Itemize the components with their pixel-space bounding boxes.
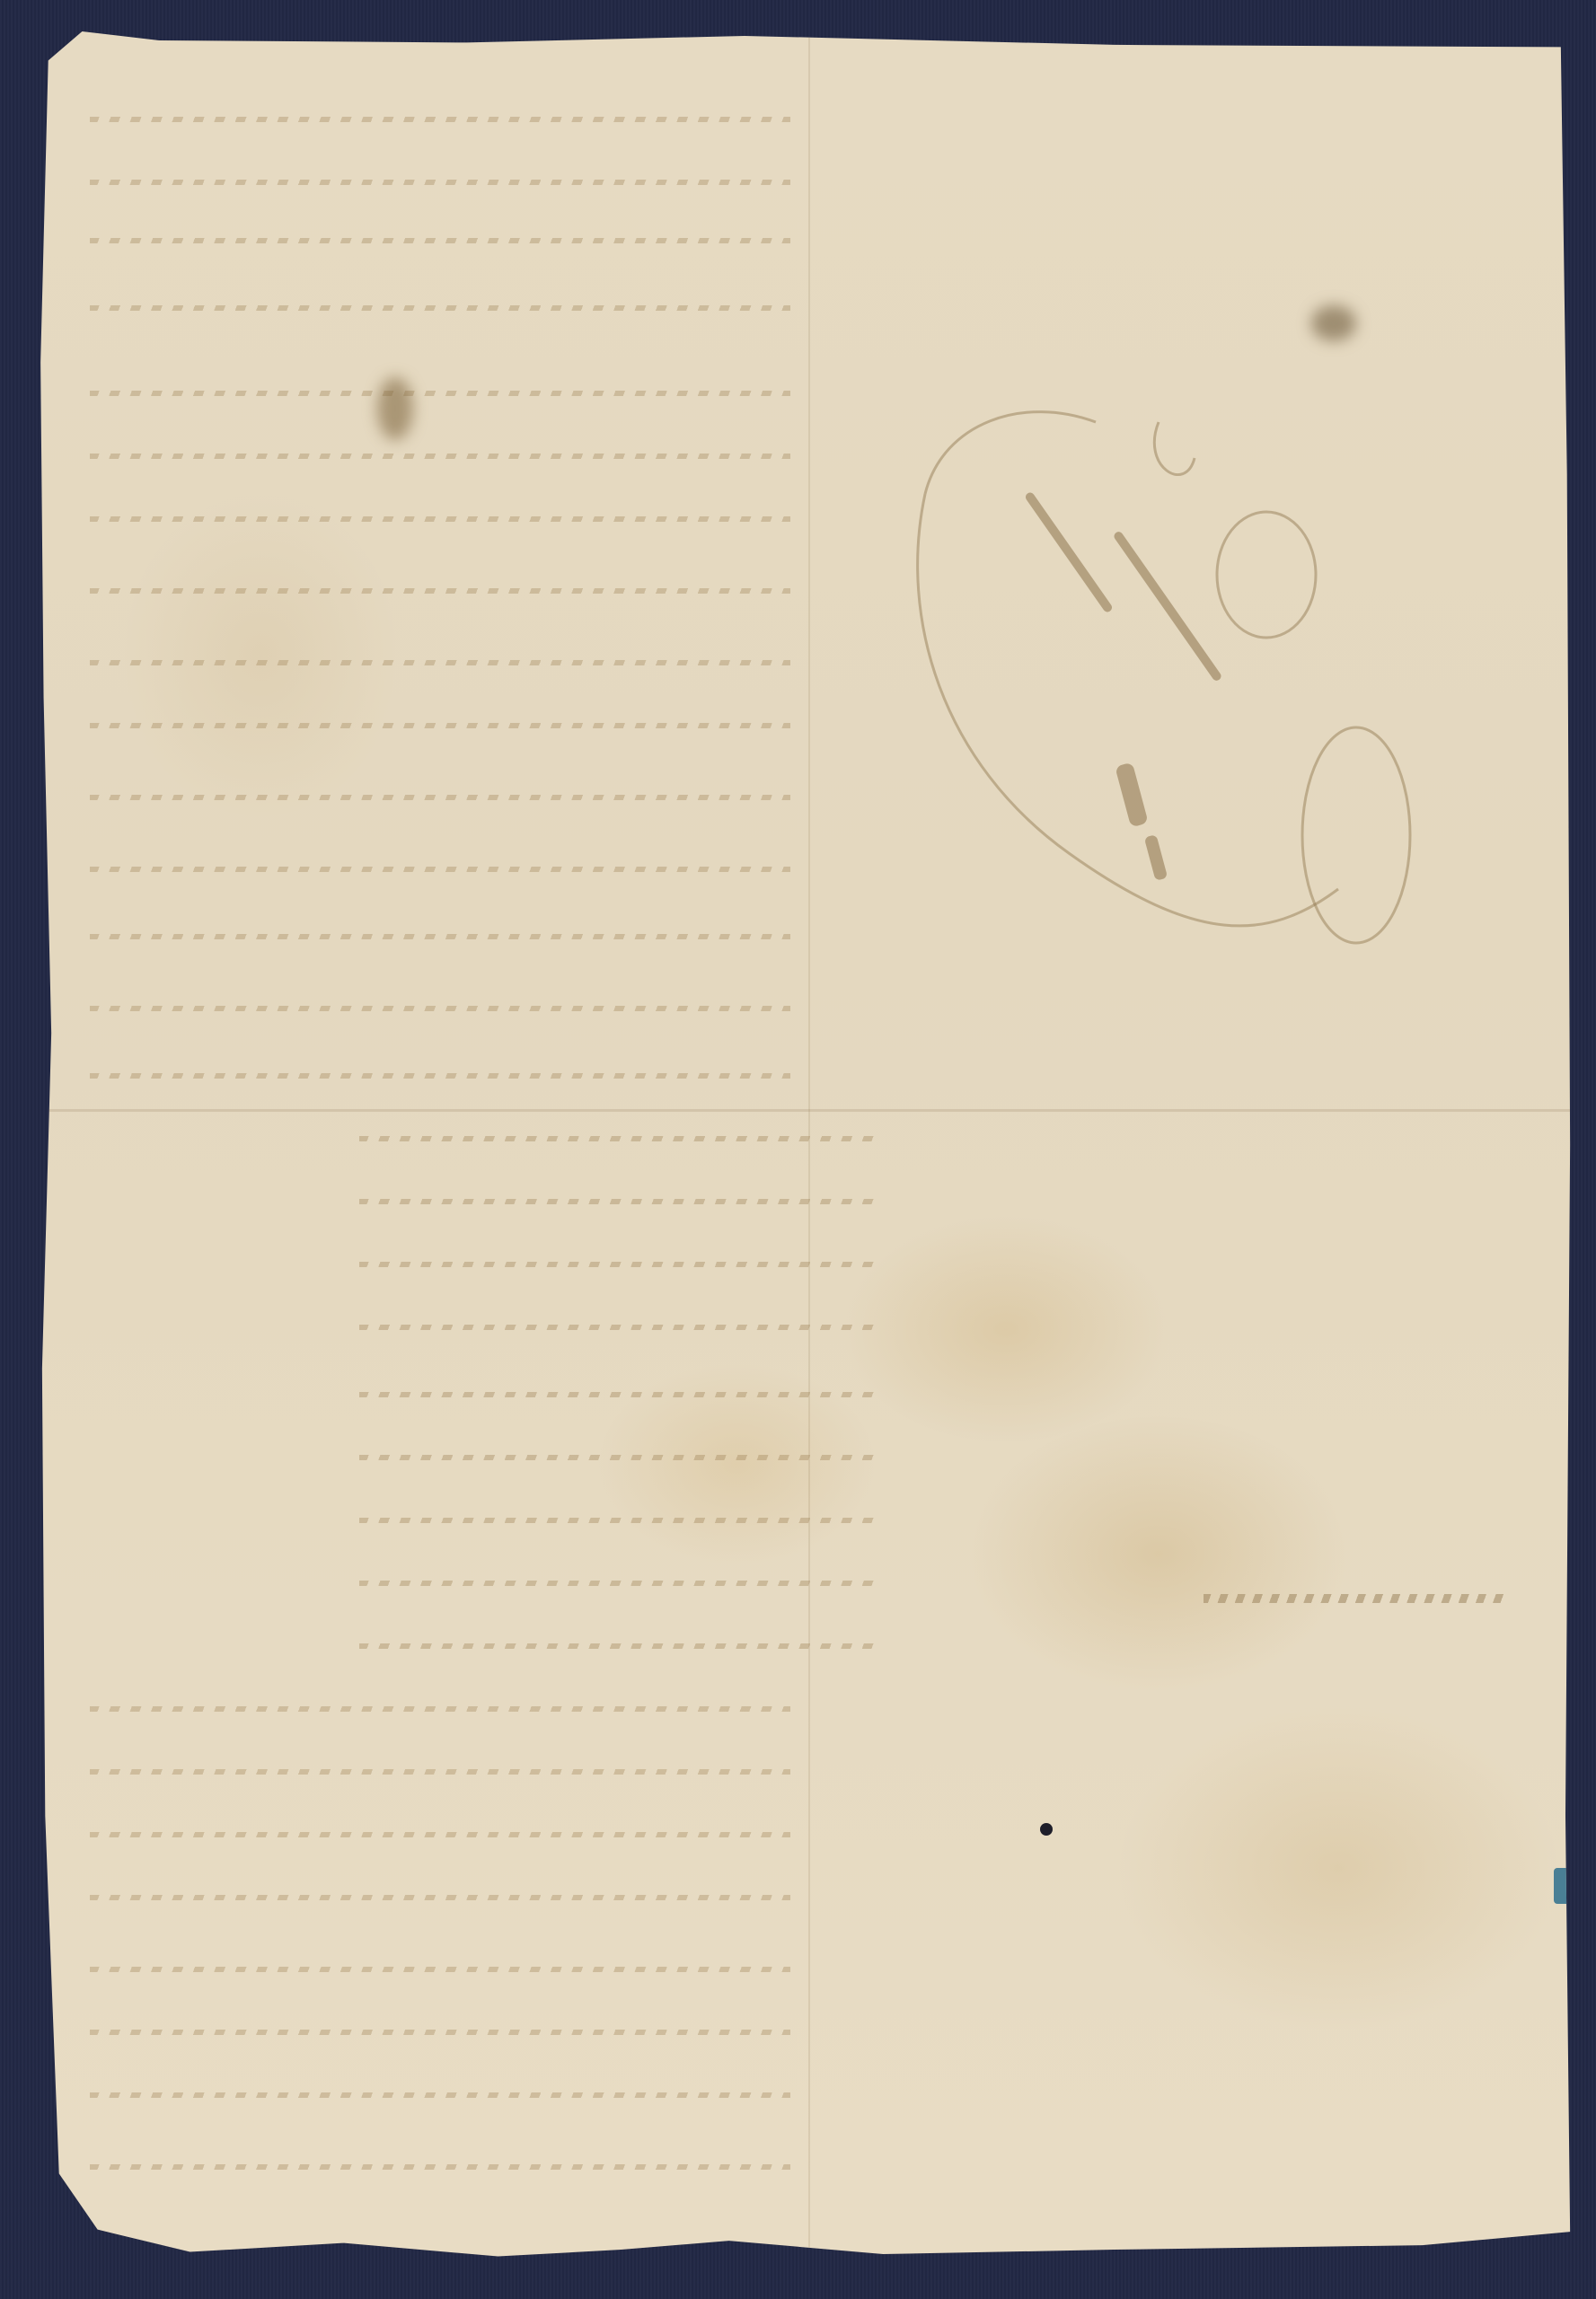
bleed-line bbox=[90, 516, 790, 522]
bleed-line bbox=[90, 1895, 790, 1900]
bleed-line bbox=[90, 795, 790, 800]
signature-flourish bbox=[1204, 1594, 1509, 1603]
bleed-line bbox=[359, 1199, 880, 1204]
dark-stain bbox=[1311, 305, 1356, 341]
bleed-line bbox=[359, 1392, 880, 1397]
bleed-line bbox=[90, 117, 790, 122]
bleed-line bbox=[90, 1967, 790, 1972]
dark-stain bbox=[377, 377, 413, 440]
bleed-line bbox=[359, 1581, 880, 1586]
bleed-line bbox=[90, 588, 790, 594]
bleed-line bbox=[90, 867, 790, 872]
pinhole bbox=[1040, 1823, 1053, 1836]
bleed-line bbox=[90, 2030, 790, 2035]
bleed-line bbox=[90, 1706, 790, 1712]
manuscript-sheet bbox=[36, 27, 1576, 2263]
bleed-line bbox=[90, 391, 790, 396]
bleed-line bbox=[90, 2164, 790, 2170]
bleed-line bbox=[359, 1643, 880, 1649]
bleed-line bbox=[359, 1455, 880, 1460]
horizontal-fold-line bbox=[36, 1109, 1576, 1112]
bleed-line bbox=[90, 660, 790, 665]
bleed-line bbox=[359, 1325, 880, 1330]
bleed-line bbox=[90, 1006, 790, 1011]
bleed-line bbox=[90, 1832, 790, 1837]
bleed-line bbox=[359, 1518, 880, 1523]
bleed-line bbox=[90, 1073, 790, 1079]
bleed-line bbox=[90, 934, 790, 939]
address-flourish-icon bbox=[889, 386, 1446, 970]
bleed-line bbox=[90, 2092, 790, 2098]
vertical-fold-line bbox=[808, 27, 810, 2263]
bleed-line bbox=[90, 1769, 790, 1775]
bleed-line bbox=[90, 238, 790, 243]
bleed-line bbox=[359, 1262, 880, 1267]
bleed-line bbox=[359, 1136, 880, 1141]
bleed-line bbox=[90, 180, 790, 185]
bleed-line bbox=[90, 305, 790, 311]
bleed-line bbox=[90, 723, 790, 728]
bleed-line bbox=[90, 454, 790, 459]
